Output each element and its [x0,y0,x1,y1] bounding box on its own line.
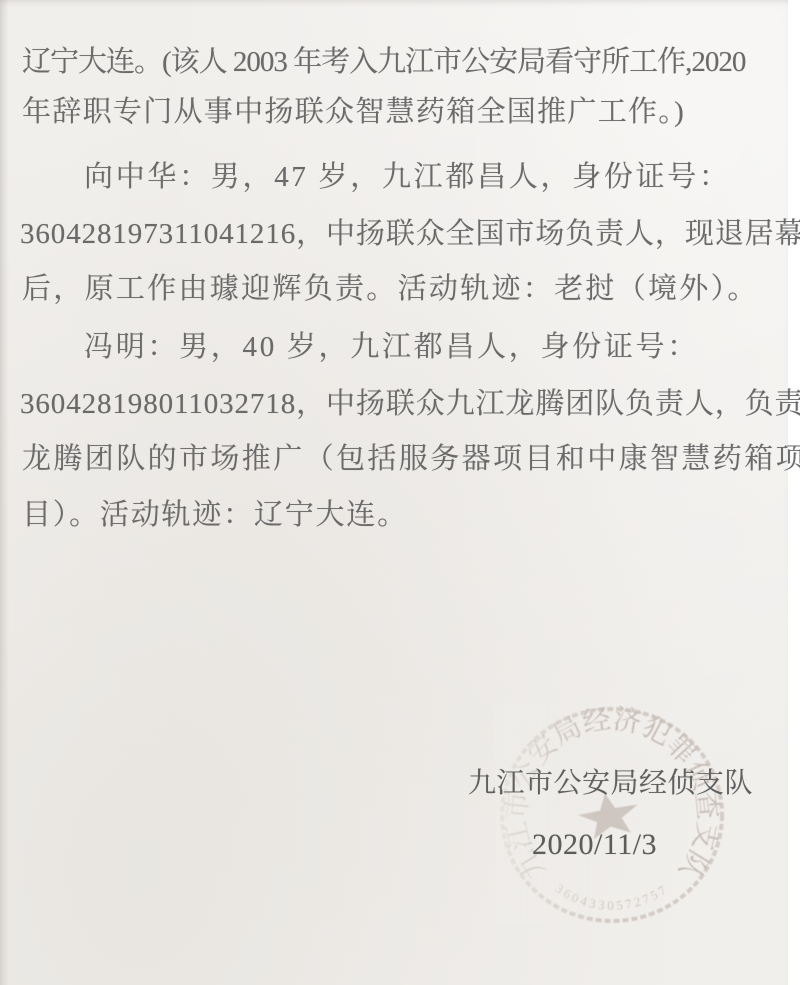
issue-date: 2020/11/3 [532,830,657,860]
document-line: 目）。活动轨迹：辽宁大连。 [22,501,408,530]
document-line: 向中华：男，47 岁，九江都昌人，身份证号： [84,163,731,192]
document-line: 360428197311041216，中扬联众全国市场负责人，现退居幕 [20,220,800,249]
issuer-signature: 九江市公安局经侦支队 [468,770,753,798]
document-line: 龙腾团队的市场推广（包括服务器项目和中康智慧药箱项 [22,445,800,474]
document-line: 辽宁大连。(该人 2003 年考入九江市公安局看守所工作,2020 [22,48,745,77]
document-line: 后，原工作由璩迎辉负责。活动轨迹：老挝（境外）。 [22,275,759,304]
document-line: 360428198011032718，中扬联众九江龙腾团队负责人，负责 [20,390,800,419]
official-seal: 九江市公安局经济犯罪侦查支队 3604330572757 [495,703,729,925]
document-line: 冯明：男，40 岁，九江都昌人，身份证号： [84,333,699,362]
document-line: 年辞职专门从事中扬联众智慧药箱全国推广工作。) [22,98,685,127]
